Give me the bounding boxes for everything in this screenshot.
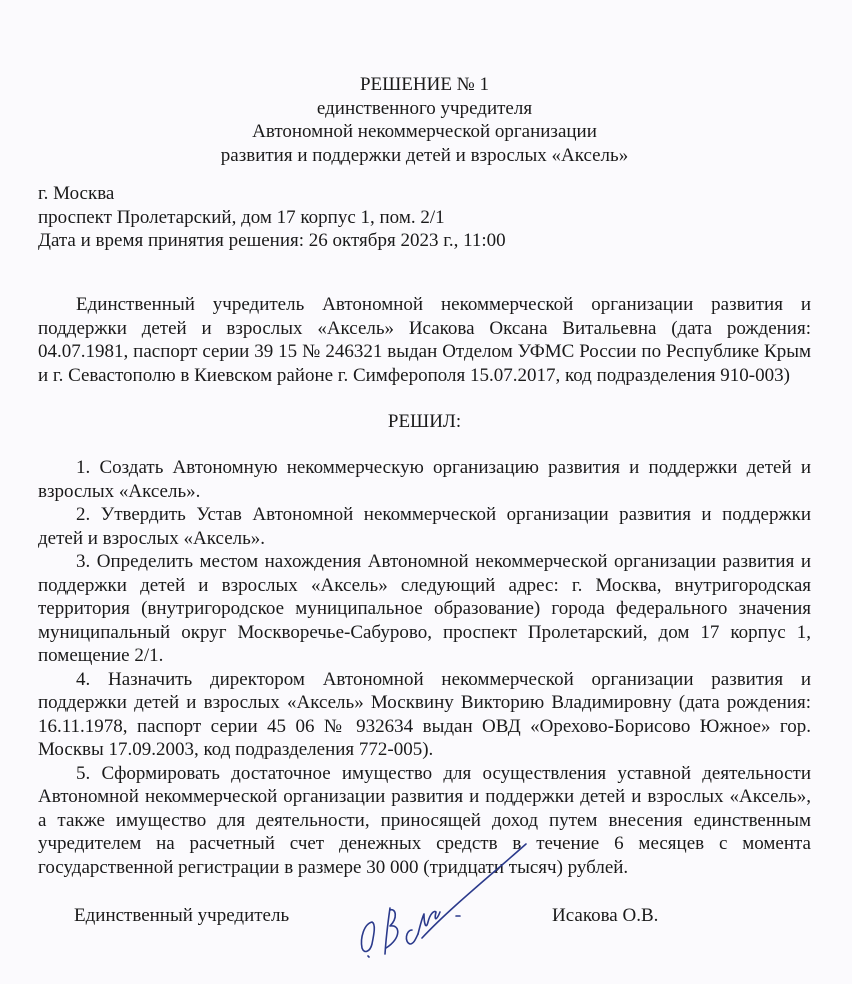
resolved-heading: РЕШИЛ: [38,410,811,434]
document-title: РЕШЕНИЕ № 1 [38,73,811,97]
decision-items: 1. Создать Автономную некоммерческую орг… [38,456,811,879]
header-line-founder: единственного учредителя [38,97,811,121]
signer-role: Единственный учредитель [74,904,289,928]
signer-name: Исакова О.В. [552,904,658,928]
decision-item: 2. Утвердить Устав Автономной некоммерче… [38,503,811,550]
decision-item: 1. Создать Автономную некоммерческую орг… [38,456,811,503]
header-line-org-name: развития и поддержки детей и взрослых «А… [38,144,811,168]
preamble-paragraph: Единственный учредитель Автономной неком… [38,293,811,387]
decision-item: 3. Определить местом нахождения Автономн… [38,550,811,668]
header-line-org: Автономной некоммерческой организации [38,120,811,144]
address: проспект Пролетарский, дом 17 корпус 1, … [38,206,506,230]
decision-item: 4. Назначить директором Автономной неком… [38,668,811,762]
document-header: РЕШЕНИЕ № 1 единственного учредителя Авт… [38,73,811,167]
city: г. Москва [38,182,506,206]
decision-datetime: Дата и время принятия решения: 26 октябр… [38,229,506,253]
handwritten-signature-icon [330,838,530,958]
place-and-date: г. Москва проспект Пролетарский, дом 17 … [38,182,506,253]
